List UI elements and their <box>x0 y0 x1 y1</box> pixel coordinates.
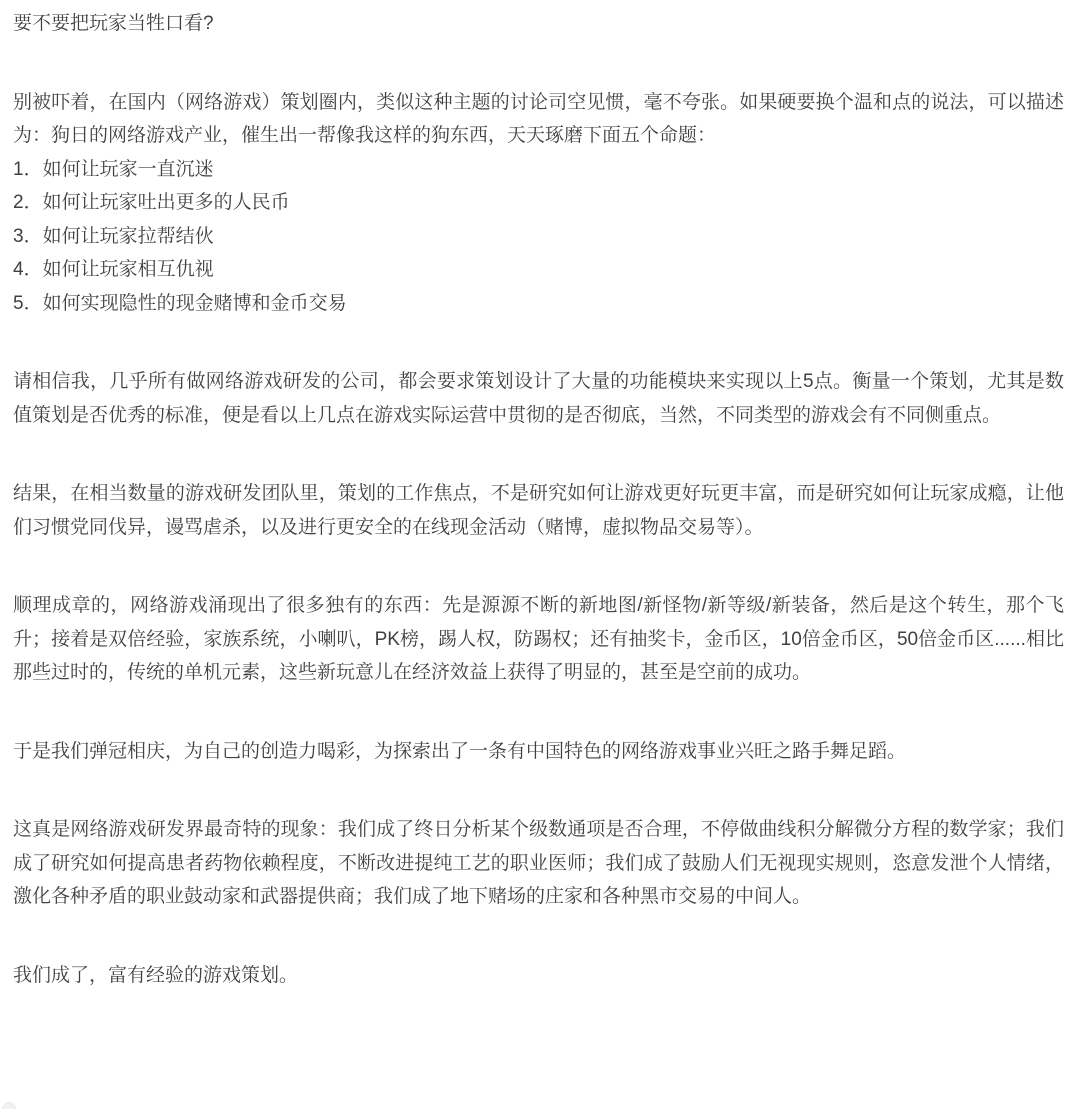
article-body: 要不要把玩家当牲口看? 别被吓着，在国内（网络游戏）策划圈内，类似这种主题的讨论… <box>0 0 1080 992</box>
paragraph: 我们成了，富有经验的游戏策划。 <box>13 959 1064 993</box>
list-item: 5．如何实现隐性的现金赌博和金币交易 <box>13 287 1064 321</box>
paragraph: 请相信我，几乎所有做网络游戏研发的公司，都会要求策划设计了大量的功能模块来实现以… <box>13 365 1064 432</box>
paragraph: 顺理成章的，网络游戏涌现出了很多独有的东西：先是源源不断的新地图/新怪物/新等级… <box>13 589 1064 690</box>
list-item: 3．如何让玩家拉帮结伙 <box>13 220 1064 254</box>
article-title: 要不要把玩家当牲口看? <box>13 7 1064 41</box>
list-item: 4．如何让玩家相互仇视 <box>13 253 1064 287</box>
intro-text: 别被吓着，在国内（网络游戏）策划圈内，类似这种主题的讨论司空见惯，毫不夸张。如果… <box>13 86 1064 153</box>
scroll-to-top-button[interactable] <box>2 1102 16 1109</box>
list-item: 2．如何让玩家吐出更多的人民币 <box>13 186 1064 220</box>
list-item: 1．如何让玩家一直沉迷 <box>13 153 1064 187</box>
paragraph: 于是我们弹冠相庆，为自己的创造力喝彩，为探索出了一条有中国特色的网络游戏事业兴旺… <box>13 735 1064 769</box>
paragraph-intro: 别被吓着，在国内（网络游戏）策划圈内，类似这种主题的讨论司空见惯，毫不夸张。如果… <box>13 86 1064 321</box>
paragraph: 结果，在相当数量的游戏研发团队里，策划的工作焦点，不是研究如何让游戏更好玩更丰富… <box>13 477 1064 544</box>
paragraph: 这真是网络游戏研发界最奇特的现象：我们成了终日分析某个级数通项是否合理，不停做曲… <box>13 813 1064 914</box>
